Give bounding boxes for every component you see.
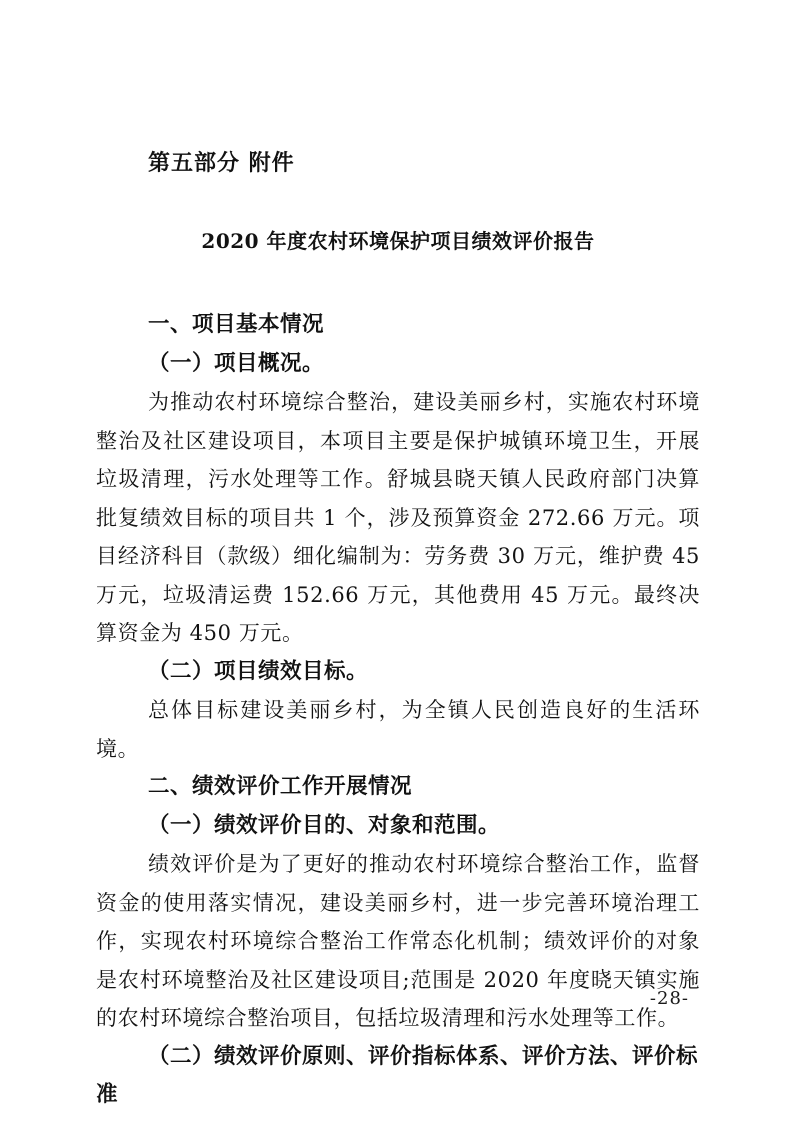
paragraph-project-overview: 为推动农村环境综合整治，建设美丽乡村，实施农村环境整治及社区建设项目，本项目主要… — [96, 383, 700, 653]
subsection-heading-1-1: （一）项目概况。 — [96, 345, 700, 384]
subsection-heading-2-1: （一）绩效评价目的、对象和范围。 — [96, 807, 700, 846]
document-content: 第五部分 附件 2020 年度农村环境保护项目绩效评价报告 一、项目基本情况 （… — [0, 0, 793, 1115]
paragraph-performance-goal: 总体目标建设美丽乡村，为全镇人民创造良好的生活环境。 — [96, 691, 700, 768]
document-page: 第五部分 附件 2020 年度农村环境保护项目绩效评价报告 一、项目基本情况 （… — [0, 0, 793, 1122]
subsection-heading-1-2: （二）项目绩效目标。 — [96, 653, 700, 692]
document-title: 2020 年度农村环境保护项目绩效评价报告 — [96, 228, 700, 254]
part-heading: 第五部分 附件 — [96, 150, 700, 178]
page-number: -28- — [650, 988, 689, 1010]
document-body: 一、项目基本情况 （一）项目概况。 为推动农村环境综合整治，建设美丽乡村，实施农… — [96, 306, 700, 1115]
section-heading-2: 二、绩效评价工作开展情况 — [96, 768, 700, 807]
section-heading-1: 一、项目基本情况 — [96, 306, 700, 345]
subsection-heading-2-2: （二）绩效评价原则、评价指标体系、评价方法、评价标准 — [96, 1038, 700, 1115]
paragraph-evaluation-scope: 绩效评价是为了更好的推动农村环境综合整治工作，监督资金的使用落实情况，建设美丽乡… — [96, 845, 700, 1038]
